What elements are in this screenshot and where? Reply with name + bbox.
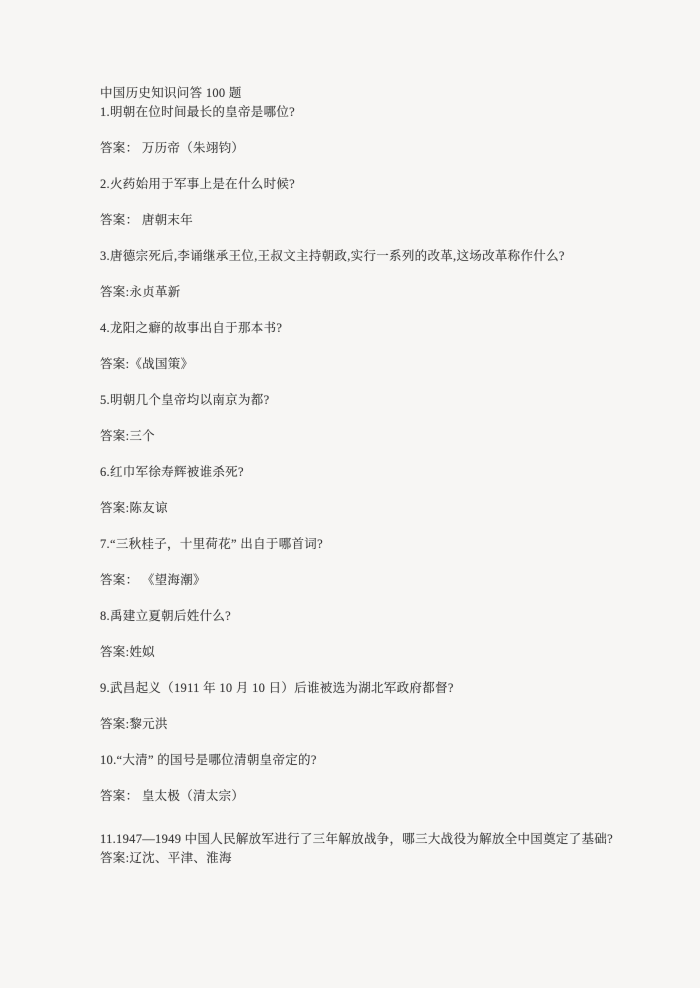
answer-text: 答案:陈友谅 [100, 499, 660, 518]
question-text: 10.“大清” 的国号是哪位清朝皇帝定的? [100, 751, 660, 770]
answer-text: 答案:辽沈、平津、淮海 [100, 849, 660, 868]
question-text: 2.火药始用于军事上是在什么时候? [100, 175, 660, 194]
answer-text: 答案:姓姒 [100, 643, 660, 662]
qa-item-4: 4.龙阳之癖的故事出自于那本书? 答案:《战国策》 [100, 319, 660, 374]
question-text: 8.禹建立夏朝后姓什么? [100, 607, 660, 626]
qa-item-6: 6.红巾军徐寿辉被谁杀死? 答案:陈友谅 [100, 463, 660, 518]
question-text: 4.龙阳之癖的故事出自于那本书? [100, 319, 660, 338]
answer-text: 答案:永贞革新 [100, 283, 660, 302]
question-text: 9.武昌起义（1911 年 10 月 10 日）后谁被选为湖北军政府都督? [100, 679, 660, 698]
qa-list: 1.明朝在位时间最长的皇帝是哪位? 答案： 万历帝（朱翊钧） 2.火药始用于军事… [100, 103, 660, 868]
qa-item-9: 9.武昌起义（1911 年 10 月 10 日）后谁被选为湖北军政府都督? 答案… [100, 679, 660, 734]
answer-text: 答案： 皇太极（清太宗） [100, 787, 660, 806]
document-page: 中国历史知识问答 100 题 1.明朝在位时间最长的皇帝是哪位? 答案： 万历帝… [0, 0, 700, 988]
qa-item-11: 11.1947—1949 中国人民解放军进行了三年解放战争，哪三大战役为解放全中… [100, 830, 660, 868]
question-text: 6.红巾军徐寿辉被谁杀死? [100, 463, 660, 482]
question-text: 11.1947—1949 中国人民解放军进行了三年解放战争，哪三大战役为解放全中… [100, 830, 660, 849]
question-text: 1.明朝在位时间最长的皇帝是哪位? [100, 103, 660, 122]
qa-item-2: 2.火药始用于军事上是在什么时候? 答案： 唐朝末年 [100, 175, 660, 230]
qa-item-5: 5.明朝几个皇帝均以南京为都? 答案:三个 [100, 391, 660, 446]
question-text: 5.明朝几个皇帝均以南京为都? [100, 391, 660, 410]
answer-text: 答案： 万历帝（朱翊钧） [100, 139, 660, 158]
qa-item-8: 8.禹建立夏朝后姓什么? 答案:姓姒 [100, 607, 660, 662]
qa-item-3: 3.唐德宗死后,李诵继承王位,王叔文主持朝政,实行一系列的改革,这场改革称作什么… [100, 247, 660, 302]
qa-item-1: 1.明朝在位时间最长的皇帝是哪位? 答案： 万历帝（朱翊钧） [100, 103, 660, 158]
answer-text: 答案:三个 [100, 427, 660, 446]
answer-text: 答案： 唐朝末年 [100, 211, 660, 230]
qa-item-7: 7.“三秋桂子，十里荷花” 出自于哪首词? 答案： 《望海潮》 [100, 535, 660, 590]
answer-text: 答案:黎元洪 [100, 715, 660, 734]
question-text: 7.“三秋桂子，十里荷花” 出自于哪首词? [100, 535, 660, 554]
qa-item-10: 10.“大清” 的国号是哪位清朝皇帝定的? 答案： 皇太极（清太宗） [100, 751, 660, 806]
answer-text: 答案： 《望海潮》 [100, 571, 660, 590]
document-title: 中国历史知识问答 100 题 [100, 84, 660, 103]
answer-text: 答案:《战国策》 [100, 355, 660, 374]
question-text: 3.唐德宗死后,李诵继承王位,王叔文主持朝政,实行一系列的改革,这场改革称作什么… [100, 247, 660, 266]
